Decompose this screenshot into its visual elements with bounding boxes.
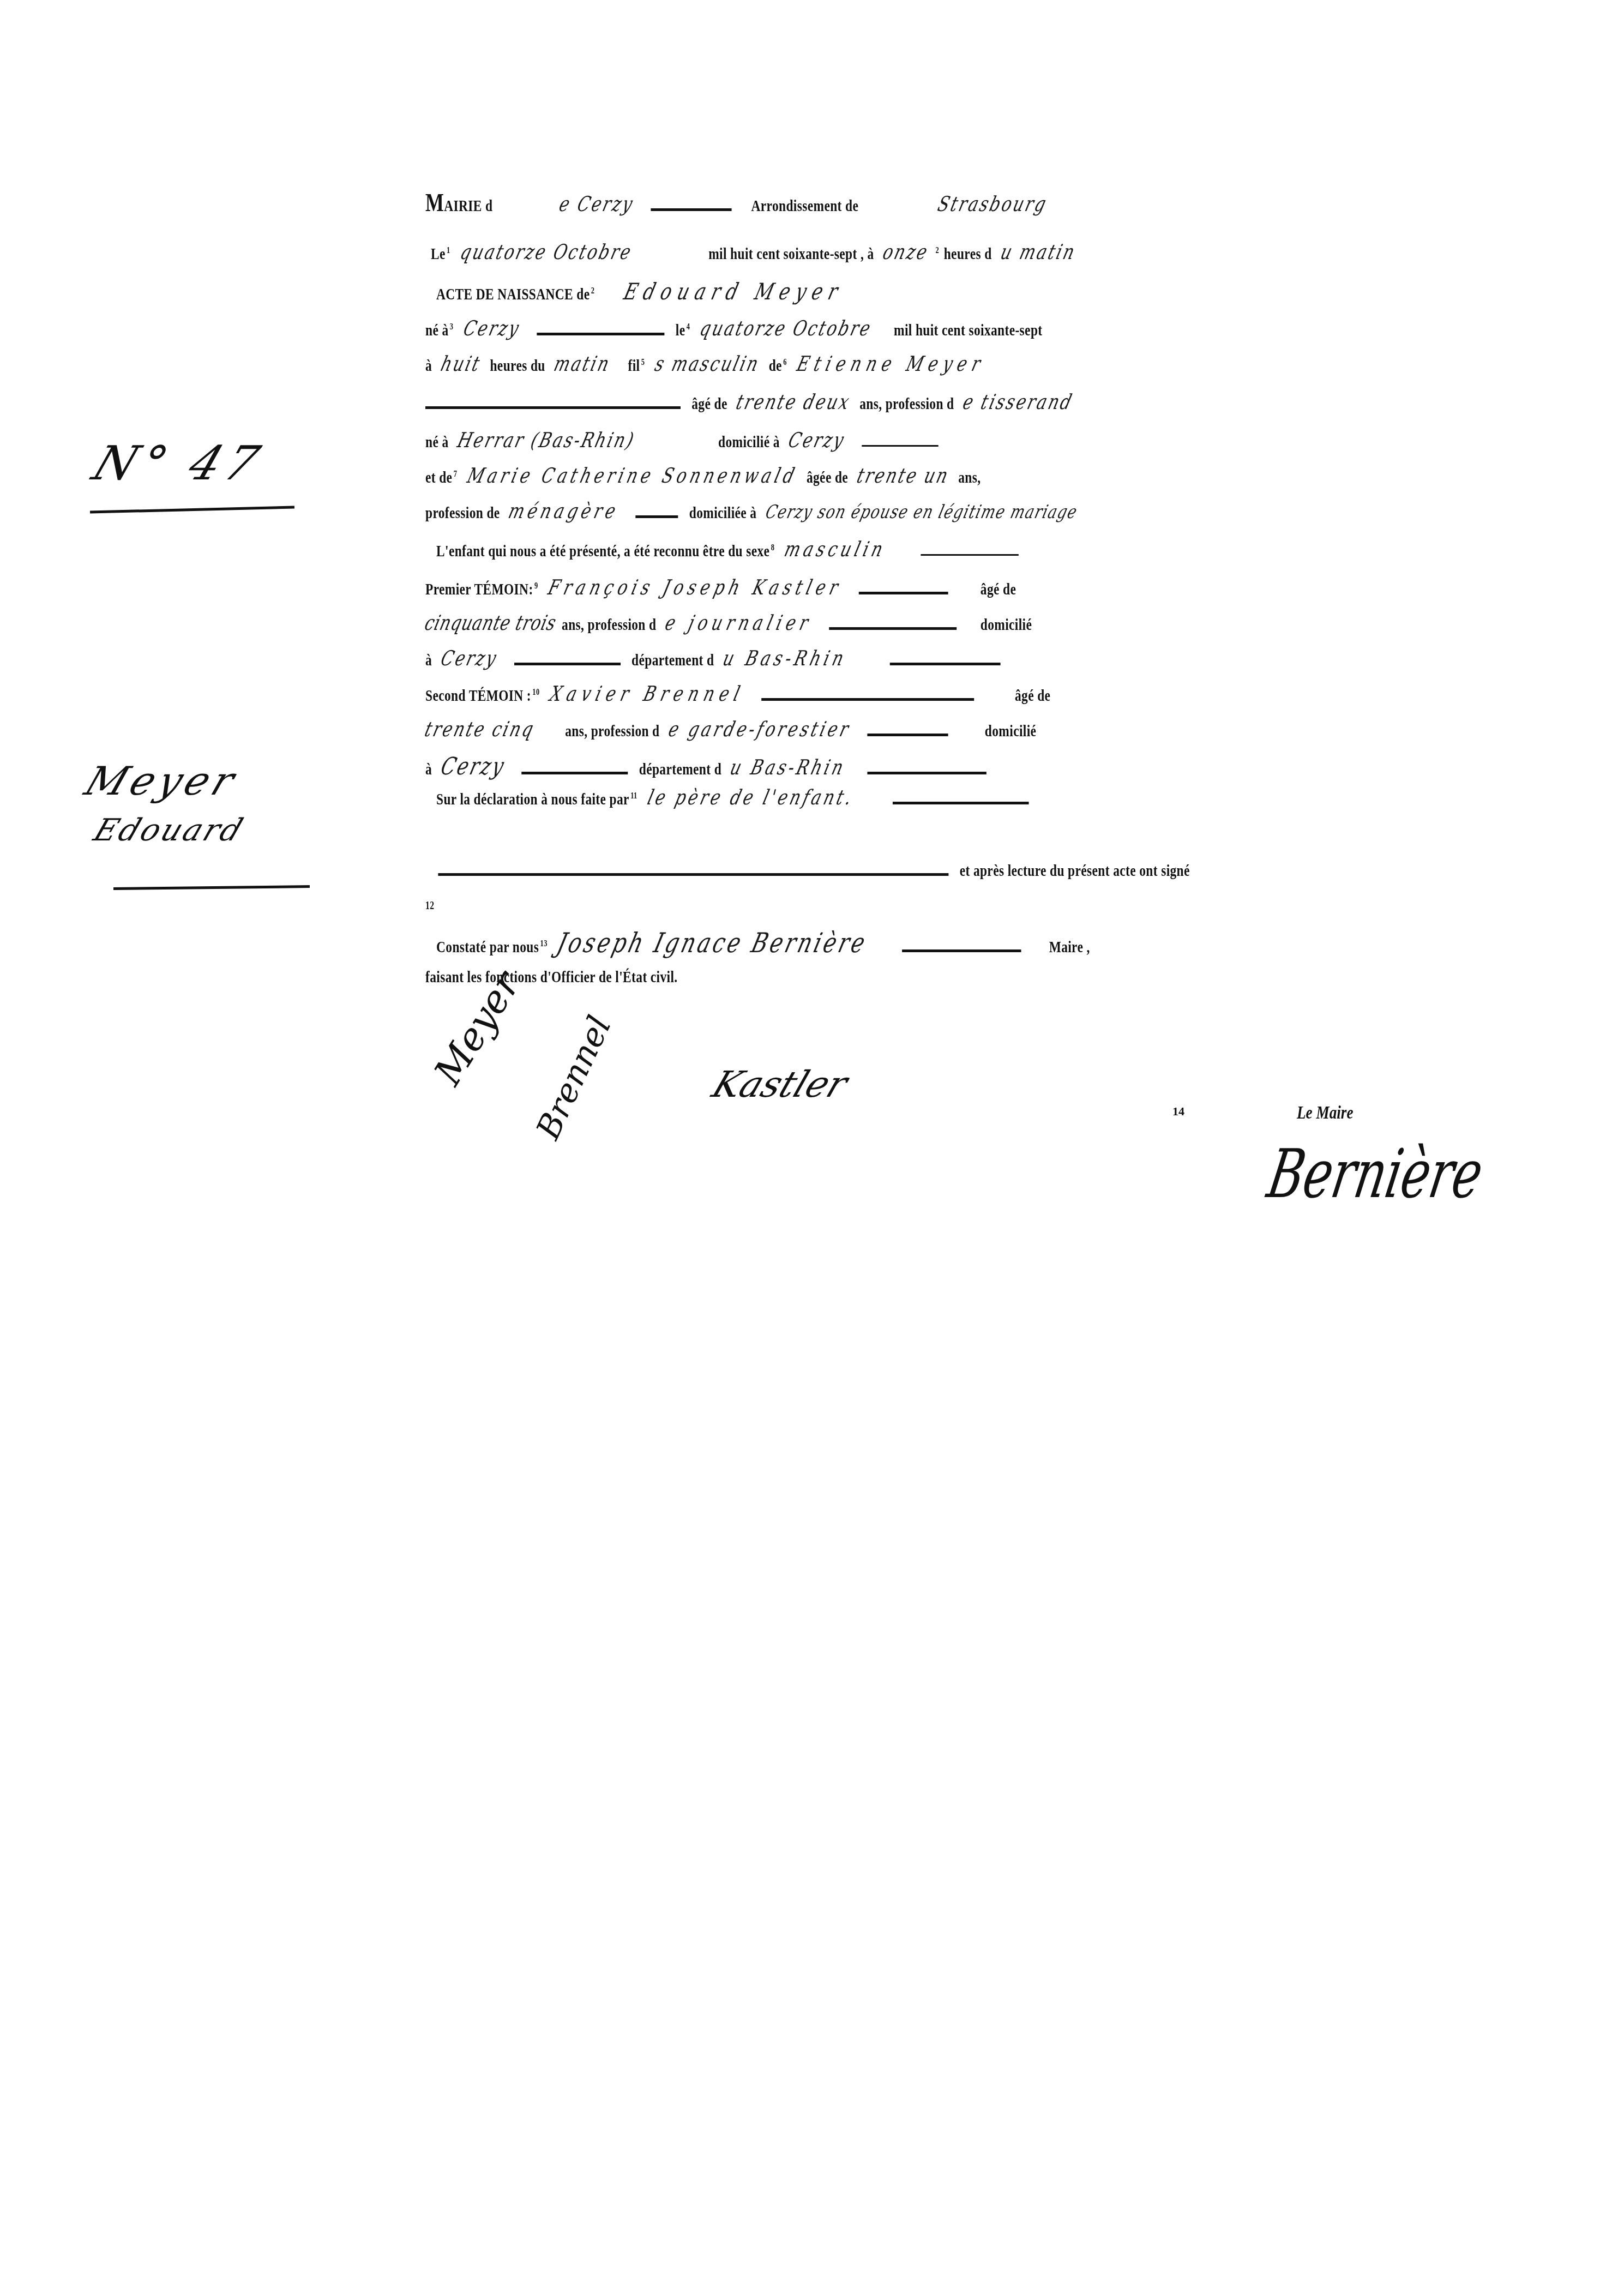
note-12: 12 xyxy=(425,900,434,912)
arrondissement-value: Strasbourg xyxy=(935,192,1050,216)
blank-rule xyxy=(425,402,681,409)
mayor-name: Joseph Ignace Bernière xyxy=(554,927,871,959)
line-fonctions: faisant les fonctions d'Officier de l'Ét… xyxy=(425,968,678,987)
line-birth: né à3 Cerzy le4 quatorze Octobre mil hui… xyxy=(425,316,1042,340)
blank-rule xyxy=(651,204,731,211)
note-ref: 2 xyxy=(935,246,939,255)
constate-label: Constaté par nous xyxy=(436,938,539,956)
le-label: Le xyxy=(431,245,446,263)
ne-label: né à xyxy=(425,321,449,339)
fils-label: fil xyxy=(628,357,640,375)
year-text: mil huit cent soixante-sept , xyxy=(708,245,864,263)
mayor-signature: Bernière xyxy=(1262,1134,1489,1213)
note-ref: 8 xyxy=(771,543,775,552)
witness2-domicile-value: Cerzy xyxy=(438,753,508,780)
blank-rule xyxy=(859,587,948,594)
declaration-value: le père de l'enfant. xyxy=(645,785,857,809)
witness1-a-label: à xyxy=(425,651,432,669)
note-ref: 7 xyxy=(454,470,458,479)
mairie-label: AIRIE d xyxy=(444,197,492,215)
blank-rule xyxy=(868,729,948,736)
margin-child-surname: Meyer xyxy=(79,758,245,804)
blank-rule xyxy=(521,767,628,774)
domicilie3-label: domicilié xyxy=(985,722,1037,740)
mother-domicile-value: Cerzy son épouse en légitime mariage xyxy=(763,501,1080,523)
child-name: Edouard Meyer xyxy=(622,278,847,305)
arrondissement-label: Arrondissement de xyxy=(751,197,859,215)
blank-rule xyxy=(438,869,948,876)
blank-rule xyxy=(868,767,987,774)
witness2-departement-value: u Bas-Rhin xyxy=(728,755,849,779)
note-ref: 10 xyxy=(532,688,539,697)
line-mairie: MAIRIE d e Cerzy Arrondissement de Stras… xyxy=(425,188,1053,217)
heures2-label: heures du xyxy=(490,357,545,375)
declaration-label: Sur la déclaration à nous faite par xyxy=(436,790,629,808)
departement-label: département d xyxy=(631,651,714,669)
blank-rule xyxy=(902,945,1021,952)
agee-label: âgée de xyxy=(807,468,848,486)
domicilie-label: domicilié à xyxy=(718,433,780,451)
apres-lecture-text: et après lecture du présent acte ont sig… xyxy=(960,862,1190,880)
enfant-text: L'enfant qui nous a été présenté, a été … xyxy=(436,542,769,560)
blank-rule xyxy=(537,328,665,335)
witness1-name: François Joseph Kastler xyxy=(545,575,845,599)
second-temoin-label: Second TÉMOIN : xyxy=(425,687,531,705)
witness1-departement-value: u Bas-Rhin xyxy=(720,646,850,670)
note-ref: 1 xyxy=(447,246,450,255)
year2-text: mil huit cent soixante-sept xyxy=(894,321,1042,339)
witness2-age-value: trente cinq xyxy=(422,717,537,741)
note-ref: 3 xyxy=(450,322,454,332)
note-ref: 9 xyxy=(534,581,538,591)
father-domicile-value: Cerzy xyxy=(786,428,848,452)
margin-rule-2 xyxy=(113,885,310,890)
blank-rule xyxy=(921,550,1018,556)
blank-rule xyxy=(514,658,621,665)
le-maire-label: Le Maire xyxy=(1297,1103,1353,1123)
blank-rule xyxy=(829,623,957,630)
le2-label: le xyxy=(676,321,685,339)
blank-rule xyxy=(890,658,1001,665)
line-witness1-domicile: à Cerzy département d u Bas-Rhin xyxy=(425,646,1008,670)
domiciliee-label: domiciliée à xyxy=(689,504,757,522)
witness1-profession-value: e journalier xyxy=(663,611,815,635)
heures-value: u matin xyxy=(998,240,1079,264)
line-constate: Constaté par nous13 Joseph Ignace Berniè… xyxy=(436,927,1090,959)
line-witness1: Premier TÉMOIN:9 François Joseph Kastler… xyxy=(425,575,1016,599)
father-name: Etienne Meyer xyxy=(795,352,988,376)
et-de-label: et de xyxy=(425,468,452,486)
note-ref: 13 xyxy=(540,939,548,948)
ans-profession-label: ans, profession d xyxy=(859,395,954,413)
line-witness2: Second TÉMOIN :10 Xavier Brennel âgé de xyxy=(425,682,1050,706)
sex-value: masculin xyxy=(782,537,889,561)
line-witness2-age: trente cinq ans, profession d e garde-fo… xyxy=(425,717,1036,741)
mother-name: Marie Catherine Sonnenwald xyxy=(465,464,800,488)
mother-age-value: trente un xyxy=(855,464,952,488)
heures-label: heures d xyxy=(944,245,992,263)
father-birthplace-value: Herrar (Bas-Rhin) xyxy=(455,428,699,452)
line-mother-profession: profession de ménagère domiciliée à Cerz… xyxy=(425,499,1083,523)
witness1-ans-profession: ans, profession d xyxy=(562,616,656,634)
birth-hour-value: huit xyxy=(438,352,484,376)
margin-child-given-name: Edouard xyxy=(89,813,249,848)
blank-rule xyxy=(761,694,974,701)
departement2-label: département d xyxy=(639,760,721,778)
witness1-domicile-value: Cerzy xyxy=(438,646,501,670)
fils-value: s masculin xyxy=(652,352,762,376)
profession-de-label: profession de xyxy=(425,504,500,522)
civil-registry-page: N° 47 Meyer Edouard MAIRIE d e Cerzy Arr… xyxy=(0,0,1624,2296)
mairie-initial: M xyxy=(425,189,444,217)
line-birth-hour: à huit heures du matin fil5 s masculin d… xyxy=(425,352,991,376)
line-lecture: et après lecture du présent acte ont sig… xyxy=(425,862,1190,880)
line-witness2-domicile: à Cerzy département d u Bas-Rhin xyxy=(425,753,994,780)
premier-temoin-label: Premier TÉMOIN: xyxy=(425,580,533,598)
note-ref: 2 xyxy=(591,286,595,296)
signature-witness-2: Brennel xyxy=(529,1010,619,1145)
maire-label: Maire , xyxy=(1049,938,1090,956)
birthplace-value: Cerzy xyxy=(461,316,523,340)
witness2-age-label: âgé de xyxy=(1015,687,1050,705)
line-date: Le1 quatorze Octobre mil huit cent soixa… xyxy=(431,240,1081,264)
margin-entry-number: N° 47 xyxy=(86,436,272,491)
witness2-profession-value: e garde-forestier xyxy=(666,717,853,741)
note-ref: 11 xyxy=(630,791,637,801)
de-label: de xyxy=(769,357,782,375)
line-acte: ACTE DE NAISSANCE de2 Edouard Meyer xyxy=(436,278,850,305)
note-14: 14 xyxy=(1172,1104,1184,1119)
note-ref: 4 xyxy=(687,322,690,332)
ans-label: ans, xyxy=(958,468,981,486)
heures2-value: matin xyxy=(551,352,613,376)
hour-value: onze xyxy=(880,240,931,264)
margin-rule-1 xyxy=(90,506,294,513)
acte-label: ACTE DE NAISSANCE de xyxy=(436,285,590,303)
birth-date-value: quatorze Octobre xyxy=(697,316,875,340)
domicilie2-label: domicilié xyxy=(981,616,1032,634)
fonctions-text: faisant les fonctions d'Officier de l'Ét… xyxy=(425,968,678,986)
line-father-origin: né à Herrar (Bas-Rhin) domicilié à Cerzy xyxy=(425,428,946,452)
ne-a-label: né à xyxy=(425,433,449,451)
a2-label: à xyxy=(425,357,432,375)
witness1-age-value: cinquante trois xyxy=(422,611,558,635)
date-value: quatorze Octobre xyxy=(458,240,685,264)
witness1-age-label: âgé de xyxy=(981,580,1016,598)
line-sex: L'enfant qui nous a été présenté, a été … xyxy=(436,537,1026,561)
line-father-age: âgé de trente deux ans, profession d e t… xyxy=(425,390,1079,414)
blank-rule xyxy=(636,511,678,518)
witness2-name: Xavier Brennel xyxy=(547,682,747,706)
father-profession-value: e tisserand xyxy=(960,390,1076,414)
age-label: âgé de xyxy=(691,395,727,413)
note-ref: 6 xyxy=(783,358,787,367)
blank-rule xyxy=(893,797,1029,804)
line-declaration: Sur la déclaration à nous faite par11 le… xyxy=(436,785,1037,809)
line-witness1-age: cinquante troisans, profession d e journ… xyxy=(425,611,1032,635)
a-label: à xyxy=(867,245,874,263)
note-ref: 5 xyxy=(641,358,645,367)
blank-rule xyxy=(862,441,939,447)
mother-profession-value: ménagère xyxy=(506,499,622,523)
witness2-a-label: à xyxy=(425,760,432,778)
witness2-ans-profession: ans, profession d xyxy=(565,722,659,740)
mairie-value: e Cerzy xyxy=(557,192,637,216)
father-age-value: trente deux xyxy=(733,390,853,414)
signature-witness-1: Kastler xyxy=(707,1063,853,1105)
line-mother: et de7 Marie Catherine Sonnenwald âgée d… xyxy=(425,464,981,488)
